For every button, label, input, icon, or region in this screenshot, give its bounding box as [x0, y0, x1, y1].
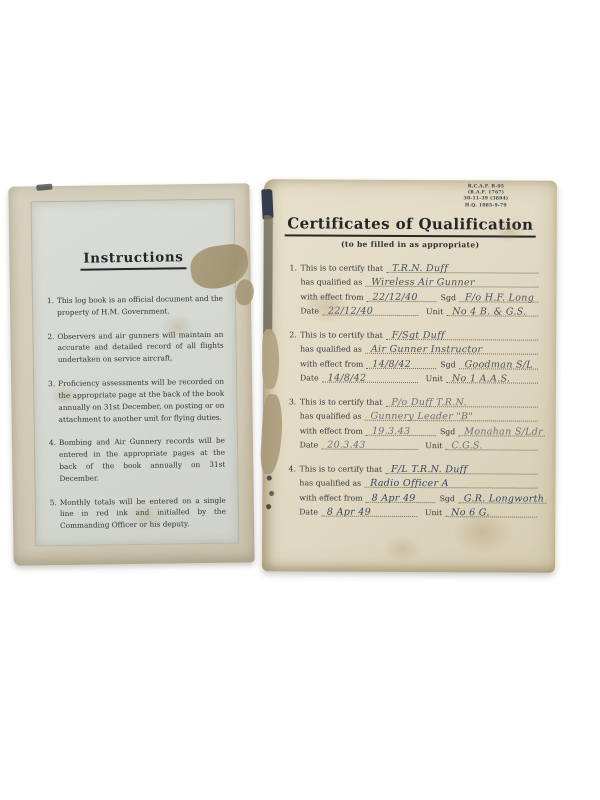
- instruction-item: 4. Bombing and Air Gunnery records will …: [45, 435, 226, 485]
- corner-wear-mark: [36, 184, 52, 191]
- sgd-label: Sgd: [436, 427, 458, 436]
- instructions-title: Instructions: [80, 249, 186, 270]
- spine-speck-marks: [264, 469, 276, 513]
- instruction-item: 3. Proficiency assessments will be recor…: [44, 376, 225, 426]
- unit-label: Unit: [418, 307, 446, 316]
- handwritten-unit: C.G.S.: [451, 440, 482, 451]
- handwritten-date: 20.3.43: [327, 440, 365, 451]
- certificates-page: R.C.A.F. R-95 (R.A.F. 1767) 30-11-39 (38…: [262, 179, 557, 573]
- instruction-item: 2. Observers and air gunners will mainta…: [43, 328, 223, 366]
- effect-label: with effect from: [300, 359, 366, 368]
- instructions-panel: Instructions 1. This log book is an offi…: [31, 199, 240, 547]
- date-field: 8 Apr 49: [321, 505, 417, 518]
- date-field: 20.3.43: [321, 438, 417, 451]
- certify-label: This is to certify that: [301, 263, 387, 272]
- unit-field: C.G.S.: [446, 438, 538, 450]
- handwritten-qualification: Gunnery Leader "B": [370, 411, 473, 423]
- handwritten-effect-date: 22/12/40: [373, 291, 418, 302]
- tape-stain: [234, 278, 257, 307]
- date-label: Date: [300, 440, 322, 449]
- unit-field: No 4 B. & G.S.: [446, 304, 538, 316]
- handwritten-date: 8 Apr 49: [327, 507, 371, 518]
- instruction-number: 5.: [46, 497, 60, 533]
- certificates-list: 1. This is to certify that T.R.N. Duff h…: [288, 257, 538, 517]
- handwritten-effect-date: 19.3.43: [372, 425, 410, 436]
- qualified-label: has qualified as: [300, 344, 365, 353]
- handwritten-effect-date: 8 Apr 49: [372, 492, 416, 503]
- certificate-entry: 2. This is to certify that F/Sgt Duff ha…: [289, 324, 538, 383]
- date-label: Date: [300, 373, 322, 382]
- handwritten-name: T.R.N. Duff: [392, 262, 448, 273]
- name-field: F/Sgt Duff: [386, 327, 539, 340]
- handwritten-date: 22/12/40: [328, 306, 373, 317]
- handwritten-signature: F/o H.F. Long: [465, 292, 534, 303]
- instruction-number: 3.: [44, 378, 59, 425]
- handwritten-date: 14/8/42: [328, 373, 367, 384]
- effect-date-field: 22/12/40: [367, 289, 437, 301]
- effect-date-field: 19.3.43: [366, 423, 436, 435]
- signature-field: G.R. Longworth: [458, 491, 546, 503]
- handwritten-name: F/Sgt Duff: [392, 329, 445, 340]
- instruction-text: Observers and air gunners will maintain …: [57, 328, 223, 366]
- date-label: Date: [299, 507, 321, 516]
- effect-label: with effect from: [300, 426, 366, 435]
- handwritten-qualification: Radio Officer A: [370, 478, 449, 489]
- foxing-stain: [382, 535, 422, 563]
- certificate-number: 2.: [289, 330, 300, 339]
- sgd-label: Sgd: [437, 293, 459, 302]
- effect-label: with effect from: [300, 292, 366, 301]
- photo-of-logbook-pages: Instructions 1. This log book is an offi…: [0, 0, 600, 800]
- unit-label: Unit: [417, 441, 445, 450]
- instruction-text: This log book is an official document an…: [57, 293, 223, 319]
- signature-field: F/o H.F. Long: [459, 290, 538, 302]
- instruction-number: 2.: [43, 331, 57, 367]
- name-field: T.R.N. Duff: [386, 260, 539, 273]
- name-field: F/L T.R.N. Duff: [385, 461, 538, 474]
- handwritten-qualification: Wireless Air Gunner: [371, 277, 475, 289]
- handwritten-name: P/o Duff T.R.N.: [391, 396, 467, 407]
- form-stamp-line: 30-11-39 (3894): [455, 197, 517, 204]
- qualification-field: Air Gunner Instructor: [365, 342, 538, 355]
- spine-tape-patch: [262, 329, 279, 389]
- certificate-entry: 3. This is to certify that P/o Duff T.R.…: [289, 391, 538, 450]
- unit-field: No 1 A.A.S.: [446, 371, 538, 383]
- form-stamp-line: H.Q. 1085-9-79: [455, 203, 517, 210]
- instruction-text: Bombing and Air Gunnery records will be …: [59, 435, 226, 485]
- effect-label: with effect from: [299, 493, 365, 502]
- date-field: 22/12/40: [322, 304, 418, 317]
- instruction-item: 1. This log book is an official document…: [43, 293, 223, 319]
- instruction-number: 1.: [43, 295, 57, 319]
- handwritten-signature: Goodman S/L: [465, 359, 533, 370]
- instruction-text: Proficiency assessments will be recorded…: [58, 376, 225, 426]
- instruction-number: 4.: [45, 437, 60, 484]
- instruction-text: Monthly totals will be entered on a sing…: [60, 494, 226, 532]
- certificate-number: 1.: [290, 263, 301, 272]
- handwritten-name: F/L T.R.N. Duff: [391, 463, 467, 474]
- date-field: 14/8/42: [322, 371, 418, 384]
- instructions-page: Instructions 1. This log book is an offi…: [8, 183, 254, 565]
- sgd-label: Sgd: [436, 360, 458, 369]
- name-field: P/o Duff T.R.N.: [385, 394, 538, 407]
- qualification-field: Radio Officer A: [364, 476, 537, 489]
- spine-tape-patch: [259, 394, 284, 475]
- handwritten-unit: No 6 G.: [451, 507, 490, 518]
- handwritten-qualification: Air Gunner Instructor: [371, 344, 483, 356]
- certify-label: This is to certify that: [300, 330, 386, 339]
- instructions-list: 1. This log book is an official document…: [43, 293, 226, 532]
- qualified-label: has qualified as: [300, 277, 365, 286]
- handwritten-effect-date: 14/8/42: [372, 358, 411, 369]
- unit-label: Unit: [417, 508, 445, 517]
- handwritten-signature: G.R. Longworth: [464, 493, 544, 504]
- certificates-title: Certificates of Qualification: [285, 214, 535, 237]
- qualification-field: Gunnery Leader "B": [364, 409, 537, 422]
- unit-field: No 6 G.: [445, 505, 537, 517]
- handwritten-unit: No 1 A.A.S.: [452, 373, 510, 384]
- qualified-label: has qualified as: [299, 478, 364, 487]
- instruction-item: 5. Monthly totals will be entered on a s…: [46, 494, 226, 532]
- form-number-stamp: R.C.A.F. R-95 (R.A.F. 1767) 30-11-39 (38…: [455, 184, 517, 209]
- handwritten-signature: Monahan S/Ldr: [464, 426, 543, 437]
- certificate-number: 4.: [288, 464, 299, 473]
- effect-date-field: 8 Apr 49: [366, 490, 436, 502]
- qualification-field: Wireless Air Gunner: [365, 275, 538, 288]
- certify-label: This is to certify that: [299, 464, 385, 473]
- sgd-label: Sgd: [436, 494, 458, 503]
- certificate-number: 3.: [289, 397, 300, 406]
- certificates-subtitle: (to be filled in as appropriate): [264, 239, 557, 250]
- certificate-entry: 4. This is to certify that F/L T.R.N. Du…: [288, 458, 537, 517]
- signature-field: Monahan S/Ldr: [458, 424, 545, 436]
- unit-label: Unit: [418, 374, 446, 383]
- effect-date-field: 14/8/42: [366, 356, 436, 368]
- certify-label: This is to certify that: [300, 397, 386, 406]
- date-label: Date: [300, 306, 322, 315]
- signature-field: Goodman S/L: [459, 357, 538, 369]
- certificate-entry: 1. This is to certify that T.R.N. Duff h…: [289, 257, 538, 316]
- handwritten-unit: No 4 B. & G.S.: [452, 306, 526, 317]
- qualified-label: has qualified as: [300, 411, 365, 420]
